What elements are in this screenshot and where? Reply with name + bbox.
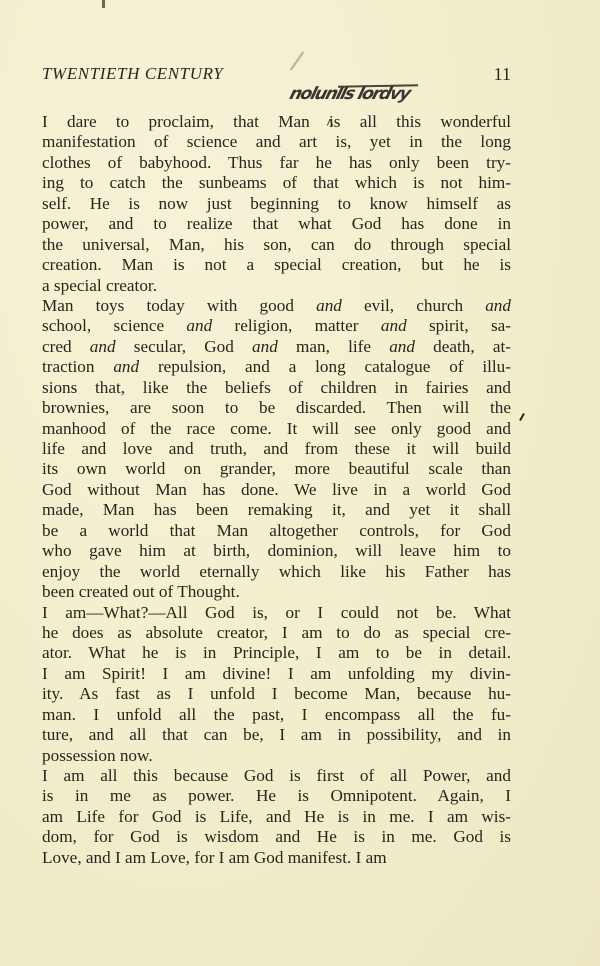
italic-and: and: [252, 337, 278, 356]
text-line: am Life for God is Life, and He is in me…: [42, 807, 511, 827]
text-line: I dare to proclaim, that Man is all this…: [42, 112, 511, 132]
text-line: power, and to realize that what God has …: [42, 214, 511, 234]
text-line: dom, for God is wisdom and He is in me. …: [42, 827, 511, 847]
text-line: manhood of the race come. It will see on…: [42, 419, 511, 439]
text-line: manifestation of science and art is, yet…: [42, 132, 511, 152]
page-number: 11: [494, 64, 511, 85]
italic-and: and: [113, 357, 139, 376]
text-line: school, science and religion, matter and…: [42, 316, 511, 336]
text-line: its own world on grander, more beautiful…: [42, 459, 511, 479]
text-line: traction and repulsion, and a long catal…: [42, 357, 511, 377]
margin-tick-mark: [519, 413, 525, 421]
text-line: Love, and I am Love, for I am God manife…: [42, 848, 511, 868]
text-line: ity. As fast as I unfold I become Man, b…: [42, 684, 511, 704]
text-line: sions that, like the beliefs of children…: [42, 378, 511, 398]
text-line: ing to catch the sunbeams of that which …: [42, 173, 511, 193]
handwritten-annotation: nolunlls lordvy: [287, 84, 412, 104]
text-line: he does as absolute creator, I am to do …: [42, 623, 511, 643]
text-line: ture, and all that can be, I am in possi…: [42, 725, 511, 745]
text-line: creation. Man is not a special creation,…: [42, 255, 511, 275]
book-page: TWENTIETH CENTURY 11 nolunlls lordvy ^ I…: [0, 0, 600, 966]
text-line: is in me as power. He is Omnipotent. Aga…: [42, 786, 511, 806]
text-line: God without Man has done. We live in a w…: [42, 480, 511, 500]
text-line: cred and secular, God and man, life and …: [42, 337, 511, 357]
text-line: been created out of Thought.: [42, 582, 511, 602]
text-line: the universal, Man, his son, can do thro…: [42, 235, 511, 255]
text-line: self. He is now just beginning to know h…: [42, 194, 511, 214]
text-line: enjoy the world eternally which like his…: [42, 562, 511, 582]
text-line: I am all this because God is first of al…: [42, 766, 511, 786]
text-line: I am Spirit! I am divine! I am unfolding…: [42, 664, 511, 684]
text-line: a special creator.: [42, 276, 511, 296]
text-line: Man toys today with good and evil, churc…: [42, 296, 511, 316]
text-line: possession now.: [42, 746, 511, 766]
running-title: TWENTIETH CENTURY: [42, 64, 223, 84]
text-line: who gave him at birth, dominion, will le…: [42, 541, 511, 561]
italic-and: and: [381, 316, 407, 335]
text-line: clothes of babyhood. Thus far he has onl…: [42, 153, 511, 173]
italic-and: and: [485, 296, 511, 315]
text-line: I am—What?—All God is, or I could not be…: [42, 603, 511, 623]
text-line: made, Man has been remaking it, and yet …: [42, 500, 511, 520]
body-text: I dare to proclaim, that Man is all this…: [42, 112, 511, 868]
text-line: man. I unfold all the past, I encompass …: [42, 705, 511, 725]
text-line: life and love and truth, and from these …: [42, 439, 511, 459]
italic-and: and: [316, 296, 342, 315]
ink-speck: [102, 0, 105, 8]
text-line: be a world that Man altogether controls,…: [42, 521, 511, 541]
italic-and: and: [186, 316, 212, 335]
running-head: TWENTIETH CENTURY 11: [42, 64, 511, 88]
italic-and: and: [90, 337, 116, 356]
italic-and: and: [389, 337, 415, 356]
text-line: brownies, are soon to be discarded. Then…: [42, 398, 511, 418]
text-line: ator. What he is in Principle, I am to b…: [42, 643, 511, 663]
